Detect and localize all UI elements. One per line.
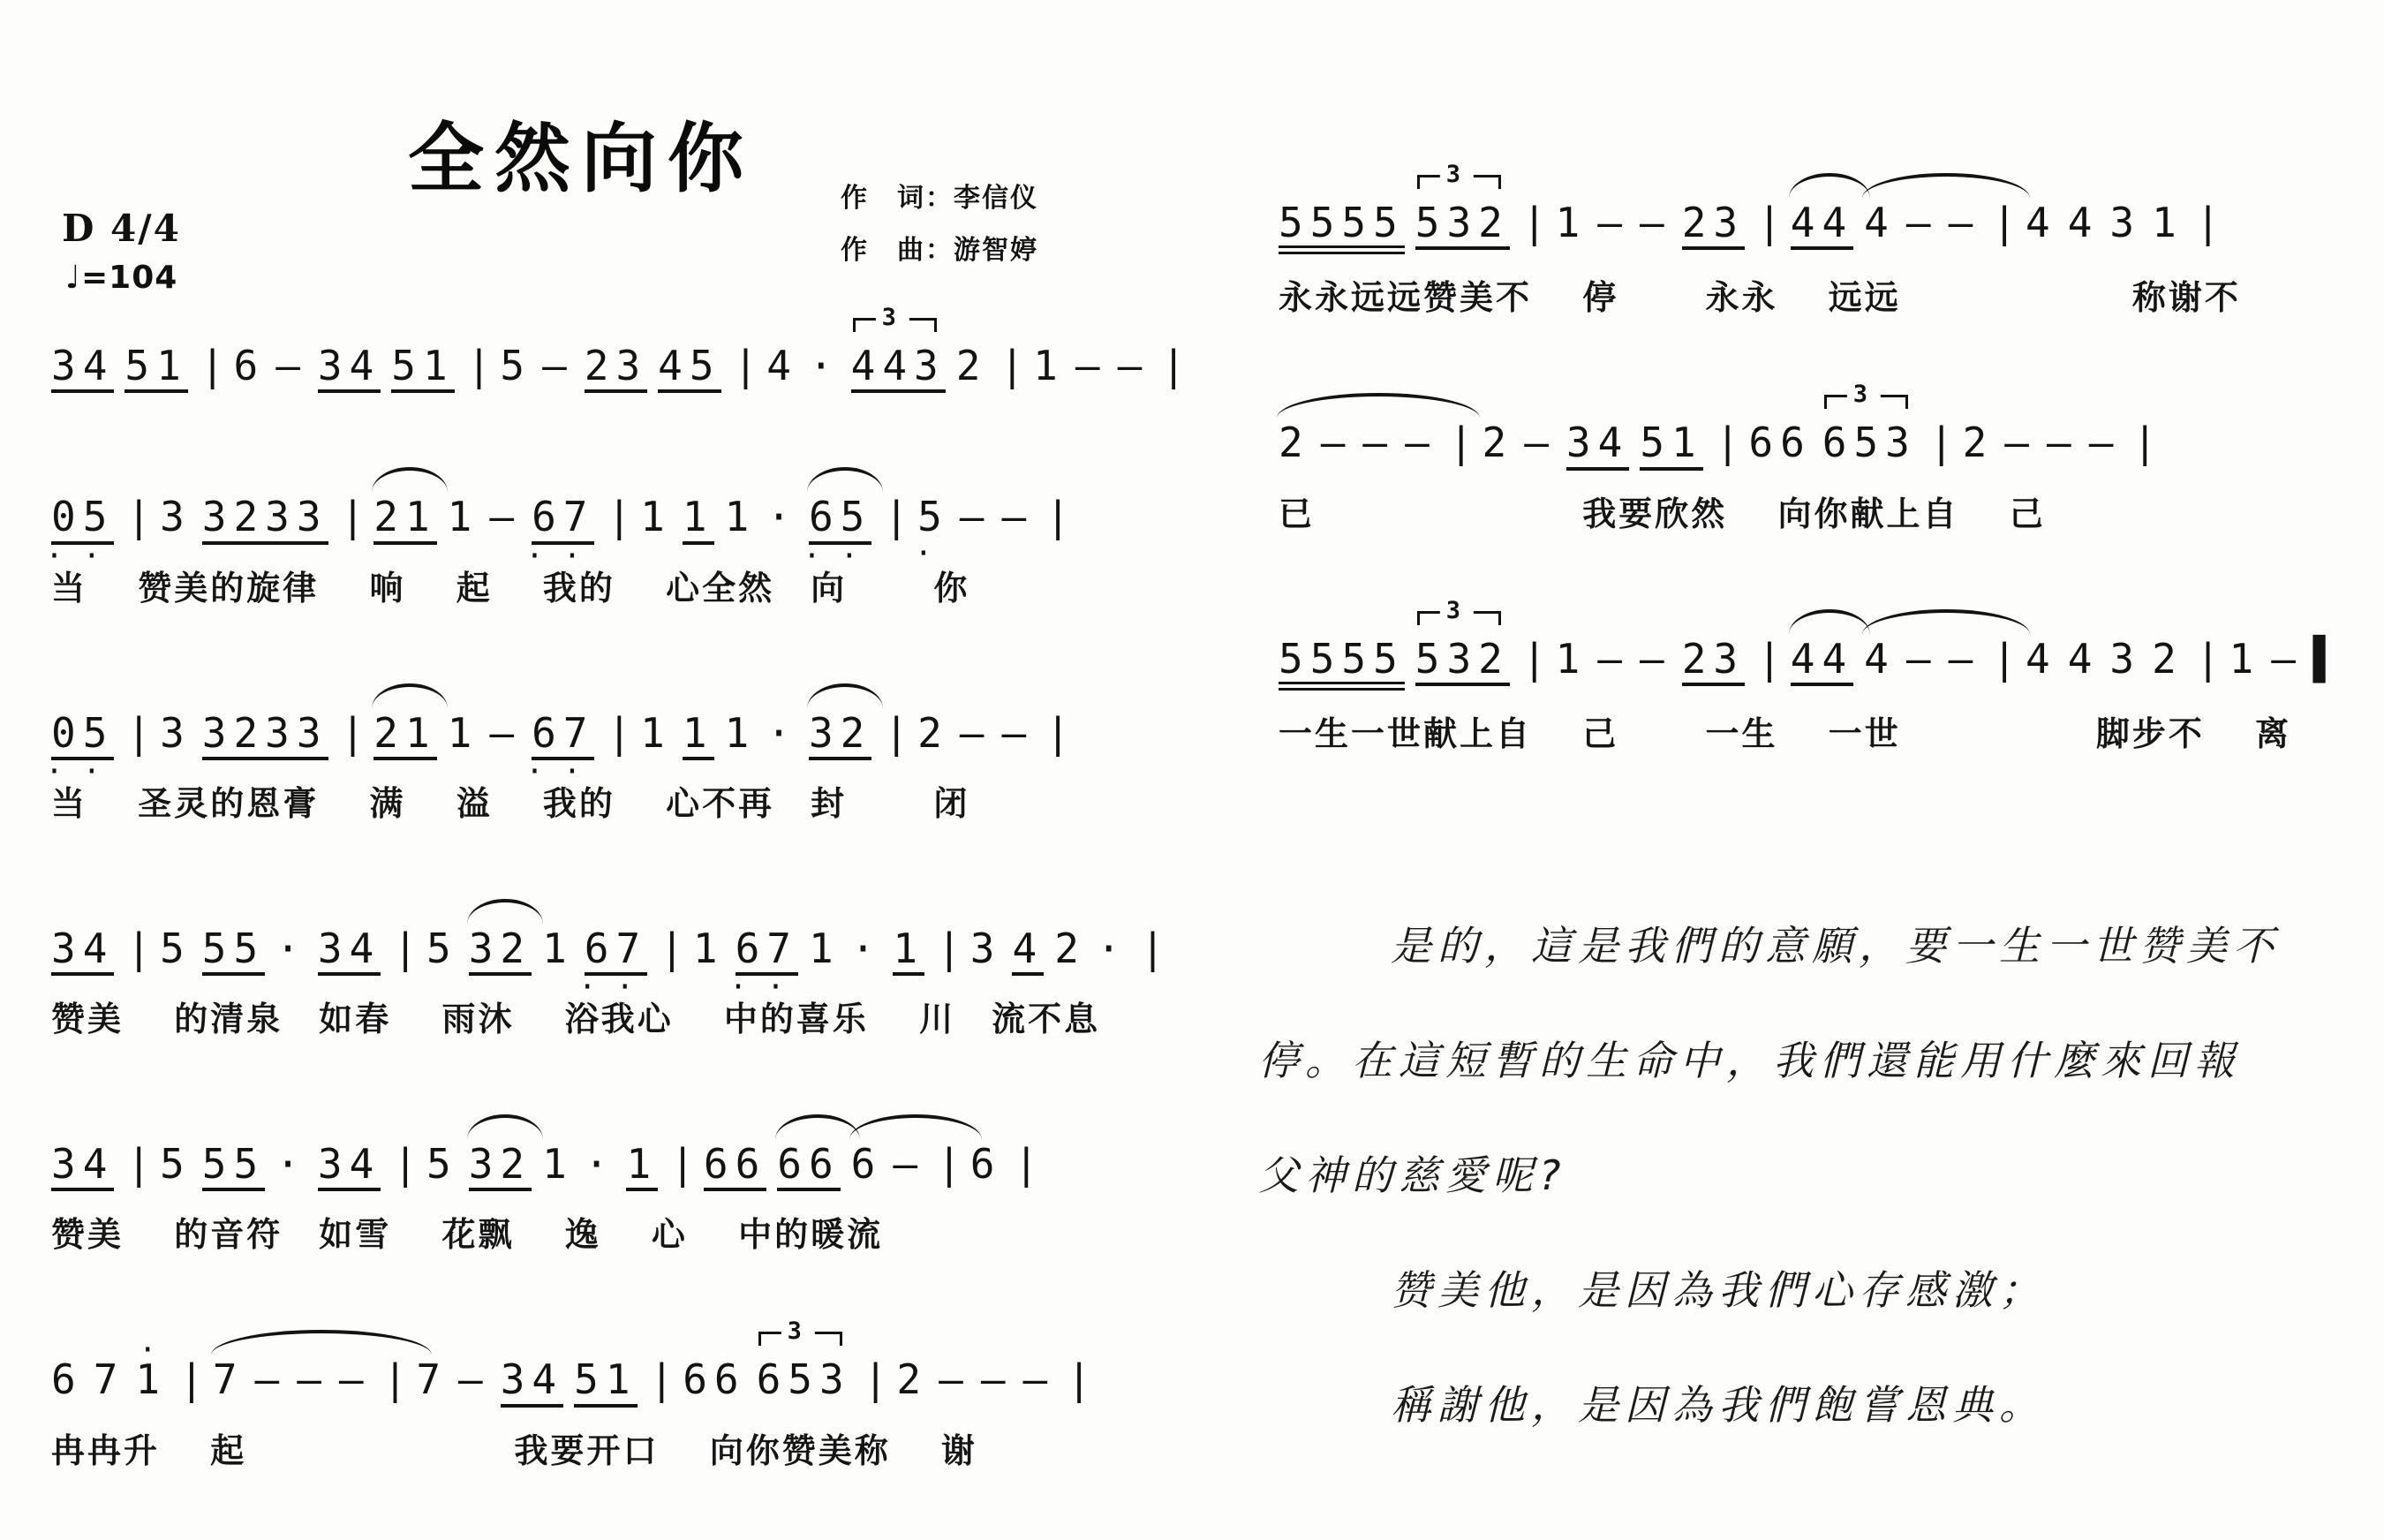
music-line: 5555532|1––23|444––|4431|永永远远赞美不 停 永永 远远… [1279, 155, 2384, 319]
note-token: · [585, 1143, 616, 1185]
note-token: 34 [1566, 421, 1629, 470]
note-token: 23 [1682, 638, 1745, 686]
music-line: 05|33233|211–67|111·65|5––|当 赞美的旋律 响 起 我… [51, 449, 1181, 608]
barline: | [864, 1358, 888, 1400]
barline: | [2132, 421, 2157, 464]
note-token: 67 [736, 927, 798, 976]
note-token: 51 [124, 344, 187, 393]
music-line: 34|555·34|5321·1|66666–|6|赞美 的音符 如雪 花飘 逸… [51, 1097, 1181, 1256]
barline: | [1161, 344, 1186, 387]
slur-arc [1862, 609, 2030, 636]
barline: | [200, 344, 225, 387]
note-token: 3 [160, 712, 192, 754]
note-token: 55 [202, 1143, 265, 1191]
note-token: 5 [426, 1143, 458, 1185]
note-token: – [339, 1358, 371, 1400]
note-token: – [297, 1358, 328, 1400]
barline: | [341, 495, 366, 538]
afterword-line: 停。在這短暫的生命中，我們還能用什麼來回報 [1258, 1029, 2384, 1087]
note-token: 4 [1864, 201, 1896, 244]
music-line: 3451|6–3451|5–2345|4·4432|1––| [51, 298, 1181, 393]
note-token: 67 [585, 927, 647, 976]
note-token: – [1524, 421, 1556, 464]
note-token: – [1321, 421, 1353, 464]
note-token: – [2047, 421, 2078, 464]
note-token: – [542, 344, 574, 387]
lyrics-row: 永永远远赞美不 停 永永 远远 称谢不 [1279, 270, 2384, 319]
lyrics-row: 冉冉升 起 我要开口 向你赞美称 谢 [51, 1423, 1181, 1472]
note-token: – [255, 1358, 287, 1400]
note-token: 2 [2152, 638, 2184, 680]
note-token: – [893, 1143, 924, 1185]
barline: | [1014, 1143, 1038, 1185]
afterword-line: 稱謝他，是因為我們飽嘗恩典。 [1258, 1373, 2384, 1431]
barline: | [1141, 927, 1166, 970]
barline: | [607, 712, 631, 754]
lyrics-row: 当 赞美的旋律 响 起 我的 心全然 向 你 [51, 561, 1181, 609]
barline: | [1716, 421, 1740, 464]
notation-row: 05|33233|211–67|111·65|5––| [51, 449, 1181, 544]
note-token: · [1097, 927, 1128, 970]
notation-row: 671|7–––|7–3451|66653|2–––| [51, 1312, 1181, 1407]
note-token: 5555 [1279, 201, 1405, 254]
note-token: 1 [448, 712, 479, 754]
notation-row: 34|555·34|5321·1|66666–|6| [51, 1097, 1181, 1191]
barline: | [393, 927, 418, 970]
notation-row: 05|33233|211–67|111·32|2––| [51, 666, 1181, 760]
note-token: 2 [1054, 927, 1086, 970]
barline: | [1449, 421, 1474, 464]
note-token: 1 [725, 495, 757, 538]
note-token: 6 [851, 1143, 883, 1185]
note-token: 1 [542, 1143, 574, 1185]
notation-row: 2–––|2–3451|66653|2–––| [1279, 375, 2384, 470]
note-token: 65 [809, 495, 871, 544]
note-token: 4 [766, 344, 798, 387]
barline: | [1992, 638, 2017, 680]
afterword-line: 赞美他，是因為我們心存感激； [1258, 1258, 2384, 1317]
note-token: 1 [809, 927, 841, 970]
note-token: 51 [1640, 421, 1702, 470]
lyrics-row: 赞美 的音符 如雪 花飘 逸 心 中的暖流 [51, 1207, 1181, 1256]
notation-row: 5555532|1––23|444––|4432|1–▌ [1279, 592, 2384, 691]
barline: | [179, 1358, 204, 1400]
note-token: 1 [626, 1143, 658, 1191]
barline: | [467, 344, 492, 387]
note-token: 4 [2026, 638, 2057, 680]
barline: | [1757, 638, 1782, 680]
barline: | [1522, 638, 1547, 680]
note-token: 4 [1012, 927, 1044, 976]
note-token: 34 [51, 1143, 114, 1191]
barline: | [383, 1358, 408, 1400]
note-token: 443 [851, 344, 946, 393]
note-token: 34 [501, 1358, 563, 1407]
note-token: 1 [1556, 201, 1588, 244]
key-signature: D 4/4 [62, 207, 181, 250]
slur-arc [807, 683, 883, 710]
barline: | [1929, 421, 1954, 464]
barline: | [884, 712, 909, 754]
note-token: 67 [532, 495, 594, 544]
note-token: 7 [416, 1358, 448, 1400]
barline: | [1045, 712, 1070, 754]
barline: | [1067, 1358, 1091, 1400]
note-token: 2 [1963, 421, 1995, 464]
note-token: 1 [683, 495, 714, 544]
slur-arc [467, 1114, 543, 1141]
note-token: 7 [94, 1358, 125, 1400]
note-token: 1 [2152, 201, 2184, 244]
note-token: 5 [160, 1143, 192, 1185]
note-token: 1 [2229, 638, 2261, 680]
song-title: 全然向你 [408, 97, 754, 207]
slur-arc [211, 1330, 432, 1356]
note-token: 1 [542, 927, 574, 970]
barline: | [937, 1143, 962, 1185]
note-token: 3 [2109, 201, 2141, 244]
barline: | [1992, 201, 2017, 244]
note-token: 6 [970, 1143, 1002, 1185]
barline: | [607, 495, 631, 538]
note-token: 653 [1822, 421, 1917, 464]
note-token: · [275, 927, 307, 970]
notation-row: 34|555·34|532167|1671·1|342·| [51, 881, 1181, 976]
barline: | [650, 1358, 675, 1400]
handwritten-afterword: 是的，這是我們的意願，要一生一世赞美不停。在這短暫的生命中，我們還能用什麼來回報… [1258, 914, 2384, 1488]
note-token: 1 [640, 712, 672, 754]
note-token: – [1597, 638, 1629, 680]
note-token: – [1640, 638, 1671, 680]
note-token: 21 [373, 712, 436, 760]
note-token: – [2271, 638, 2303, 680]
barline: | [2196, 201, 2221, 244]
lyrics-row: 一生一世献上自 己 一生 一世 脚步不 离 [1279, 706, 2384, 755]
note-token: – [960, 712, 992, 754]
note-token: 2 [917, 712, 949, 754]
lyricist-credit: 作 词：李信仪 [841, 173, 1038, 225]
note-token: · [766, 712, 798, 754]
note-token: 4 [1864, 638, 1896, 680]
note-token: – [1405, 421, 1437, 464]
note-token: 2 [896, 1358, 928, 1400]
note-token: – [458, 1358, 490, 1400]
note-token: 3 [2109, 638, 2141, 680]
composer-credit: 作 曲：游智婷 [841, 225, 1038, 277]
note-token: 45 [658, 344, 720, 393]
note-token: 653 [757, 1358, 851, 1400]
note-token: 4 [2026, 201, 2057, 244]
barline: | [126, 495, 151, 538]
note-token: 3233 [202, 495, 328, 544]
note-token: – [1118, 344, 1150, 387]
barline: | [126, 927, 151, 970]
afterword-line: 父神的慈愛呢? [1258, 1144, 2384, 1202]
barline: | [1522, 201, 1547, 244]
slur-arc [1789, 609, 1870, 636]
note-token: 1 [1556, 638, 1588, 680]
note-token: 32 [469, 1143, 532, 1191]
sheet-music-page: 全然向你 作 词：李信仪 作 曲：游智婷 D 4/4 ♩=104 3451|6–… [0, 0, 2384, 1540]
note-token: 67 [532, 712, 594, 760]
note-token: 34 [318, 1143, 381, 1191]
note-token: 44 [1791, 201, 1853, 250]
barline: | [1757, 201, 1782, 244]
barline: | [937, 927, 962, 970]
note-token: 21 [373, 495, 436, 544]
slur-arc [372, 467, 448, 494]
slur-arc [372, 683, 448, 710]
note-token: 32 [809, 712, 871, 760]
note-token: 34 [51, 927, 114, 976]
note-token: 7 [213, 1358, 245, 1400]
lyrics-row: 当 圣灵的恩膏 满 溢 我的 心不再 封 闭 [51, 776, 1181, 825]
barline: | [1000, 344, 1024, 387]
note-token: 5555 [1279, 638, 1405, 691]
note-token: 532 [1415, 201, 1510, 250]
note-token: – [1906, 201, 1938, 244]
notation-row: 5555532|1––23|444––|4431| [1279, 155, 2384, 254]
note-token: 1 [1033, 344, 1065, 387]
barline: | [126, 1143, 151, 1185]
barline: | [341, 712, 366, 754]
note-token: 51 [574, 1358, 637, 1407]
note-token: 1 [693, 927, 725, 970]
note-token: 34 [318, 927, 381, 976]
barline: | [670, 1143, 695, 1185]
music-line: 5555532|1––23|444––|4432|1–▌一生一世献上自 己 一生… [1279, 592, 2384, 755]
score-left-column: 3451|6–3451|5–2345|4·4432|1––|05|33233|2… [51, 298, 1181, 1472]
note-token: – [2089, 421, 2121, 464]
note-token: – [939, 1358, 970, 1400]
slur-arc [1862, 173, 2030, 200]
note-token: – [1001, 495, 1033, 538]
music-line: 34|555·34|532167|1671·1|342·|赞美 的清泉 如春 雨… [51, 881, 1181, 1040]
note-token: 2 [956, 344, 988, 387]
slur-arc [1789, 173, 1870, 200]
note-token: · [766, 495, 798, 538]
note-token: 5 [500, 344, 532, 387]
note-token: 1 [893, 927, 924, 976]
tempo-marking: ♩=104 [65, 260, 177, 296]
note-token: 34 [318, 344, 381, 393]
note-token: 32 [469, 927, 532, 976]
note-token: 23 [1682, 201, 1745, 250]
note-token: 5 [426, 927, 458, 970]
note-token: – [1023, 1358, 1055, 1400]
note-token: 3233 [202, 712, 328, 760]
slur-arc [775, 1114, 860, 1141]
note-token: 1 [640, 495, 672, 538]
note-token: 1 [135, 1358, 167, 1400]
barline: | [660, 927, 684, 970]
music-line: 2–––|2–3451|66653|2–––|已 我要欣然 向你献上自 己 [1279, 375, 2384, 534]
note-token: – [1001, 712, 1033, 754]
note-token: 51 [391, 344, 454, 393]
score-right-column: 5555532|1––23|444––|4431|永永远远赞美不 停 永永 远远… [1279, 155, 2384, 755]
note-token: 66 [683, 1358, 745, 1400]
barline: | [1045, 495, 1070, 538]
slur-arc [467, 899, 543, 925]
note-token: ▌ [2313, 638, 2345, 680]
note-token: – [1597, 201, 1629, 244]
note-token: 5 [160, 927, 192, 970]
note-token: · [851, 927, 883, 970]
note-token: 34 [51, 344, 114, 393]
note-token: 55 [202, 927, 265, 976]
slur-arc [807, 467, 883, 494]
note-token: · [275, 1143, 307, 1185]
slur-arc [1277, 393, 1480, 419]
note-token: 1 [725, 712, 757, 754]
note-token: 2 [1279, 421, 1310, 464]
note-token: 532 [1415, 638, 1510, 686]
note-token: – [1949, 638, 1980, 680]
note-token: 6 [233, 344, 265, 387]
barline: | [884, 495, 909, 538]
note-token: – [1640, 201, 1671, 244]
music-line: 671|7–––|7–3451|66653|2–––|冉冉升 起 我要开口 向你… [51, 1312, 1181, 1471]
note-token: 4 [2068, 638, 2100, 680]
barline: | [126, 712, 151, 754]
notation-row: 3451|6–3451|5–2345|4·4432|1––| [51, 298, 1181, 393]
note-token: – [1362, 421, 1394, 464]
note-token: 05 [51, 495, 114, 544]
music-line: 05|33233|211–67|111·32|2––|当 圣灵的恩膏 满 溢 我… [51, 666, 1181, 825]
note-token: 1 [448, 495, 479, 538]
note-token: 05 [51, 712, 114, 760]
afterword-line: 是的，這是我們的意願，要一生一世赞美不 [1258, 914, 2384, 972]
note-token: – [960, 495, 992, 538]
note-token: 66 [777, 1143, 840, 1191]
note-token: 4 [2068, 201, 2100, 244]
note-token: 66 [1748, 421, 1811, 464]
note-token: 44 [1791, 638, 1853, 686]
note-token: 5 [917, 495, 949, 538]
note-token: – [1949, 201, 1980, 244]
note-token: – [1075, 344, 1107, 387]
note-token: · [809, 344, 841, 387]
note-token: 1 [683, 712, 714, 760]
note-token: – [489, 495, 521, 538]
note-token: – [2004, 421, 2036, 464]
slur-arc [849, 1114, 982, 1141]
note-token: 6 [51, 1358, 83, 1400]
note-token: 2 [1482, 421, 1514, 464]
barline: | [393, 1143, 418, 1185]
note-token: 23 [585, 344, 647, 393]
note-token: – [275, 344, 307, 387]
barline: | [2196, 638, 2221, 680]
note-token: 3 [970, 927, 1002, 970]
note-token: 66 [704, 1143, 766, 1191]
note-token: – [1906, 638, 1938, 680]
note-token: – [489, 712, 521, 754]
note-token: 3 [160, 495, 192, 538]
lyrics-row: 已 我要欣然 向你献上自 己 [1279, 487, 2384, 535]
note-token: – [981, 1358, 1013, 1400]
barline: | [734, 344, 758, 387]
credits-block: 作 词：李信仪 作 曲：游智婷 [841, 173, 1038, 276]
